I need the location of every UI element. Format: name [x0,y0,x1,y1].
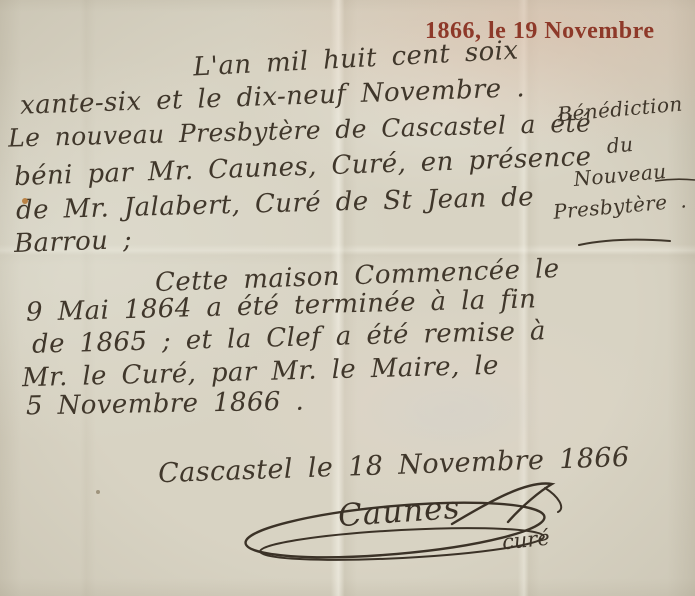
signature-title: curé [501,526,551,555]
margin-note-line: Presbytère . [544,188,695,225]
manuscript-line: 5 Novembre 1866 . [26,387,305,422]
paper-speck [22,198,28,204]
paper-speck [96,490,100,494]
margin-note-line: Bénédiction [544,91,695,128]
signature-block: Caunes curé [240,478,580,578]
manuscript-line: Barrou ; [14,225,133,259]
flourish-line-icon [655,176,695,184]
manuscript-page: 1866, le 19 Novembre L'an mil huit cent … [0,0,695,596]
flourish-underline-icon [577,236,672,248]
